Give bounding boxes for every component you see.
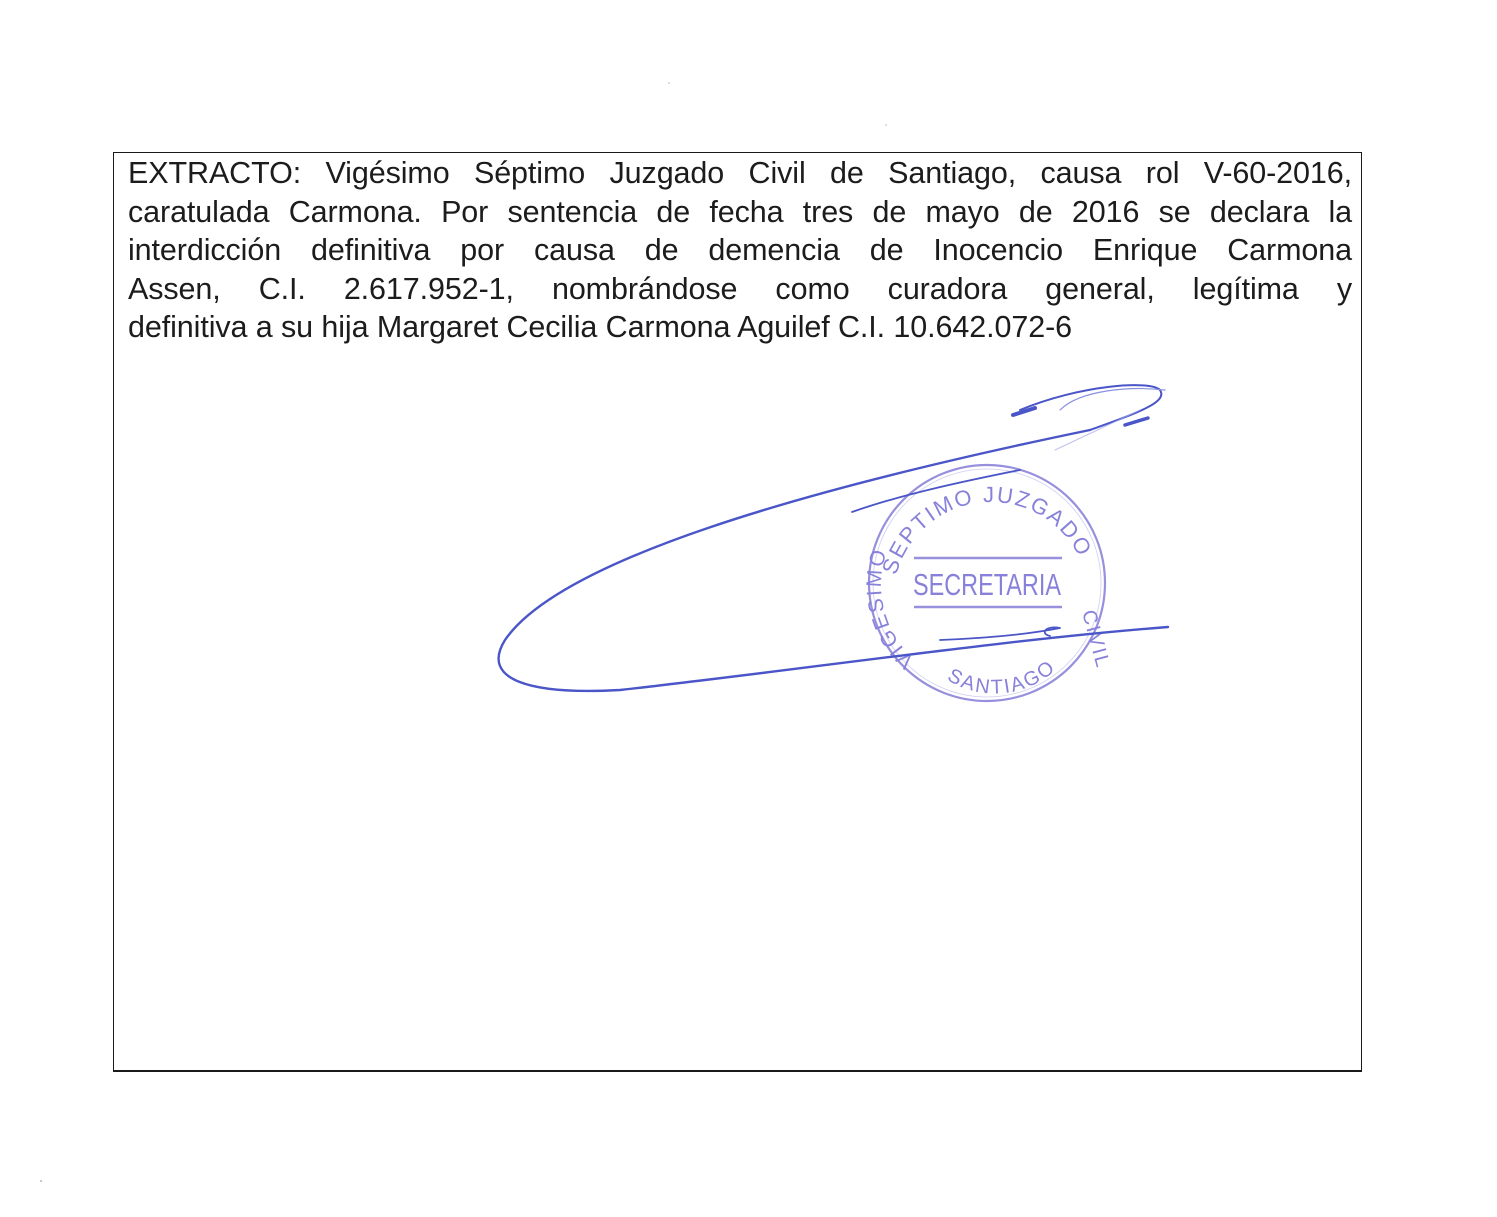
document-page: EXTRACTO: Vigésimo Séptimo Juzgado Civil… (0, 0, 1497, 1217)
scan-speck (40, 1180, 42, 1182)
extract-line-3: interdicción definitiva por causa de dem… (128, 231, 1352, 270)
extract-line-2: caratulada Carmona. Por sentencia de fec… (128, 193, 1352, 232)
scan-speck (668, 82, 670, 84)
scan-speck (885, 124, 887, 126)
extract-paragraph: EXTRACTO: Vigésimo Séptimo Juzgado Civil… (128, 154, 1352, 347)
extract-line-5: definitiva a su hija Margaret Cecilia Ca… (128, 308, 1352, 347)
extract-line-1: EXTRACTO: Vigésimo Séptimo Juzgado Civil… (128, 154, 1352, 193)
extract-line-4: Assen, C.I. 2.617.952-1, nombrándose com… (128, 270, 1352, 309)
